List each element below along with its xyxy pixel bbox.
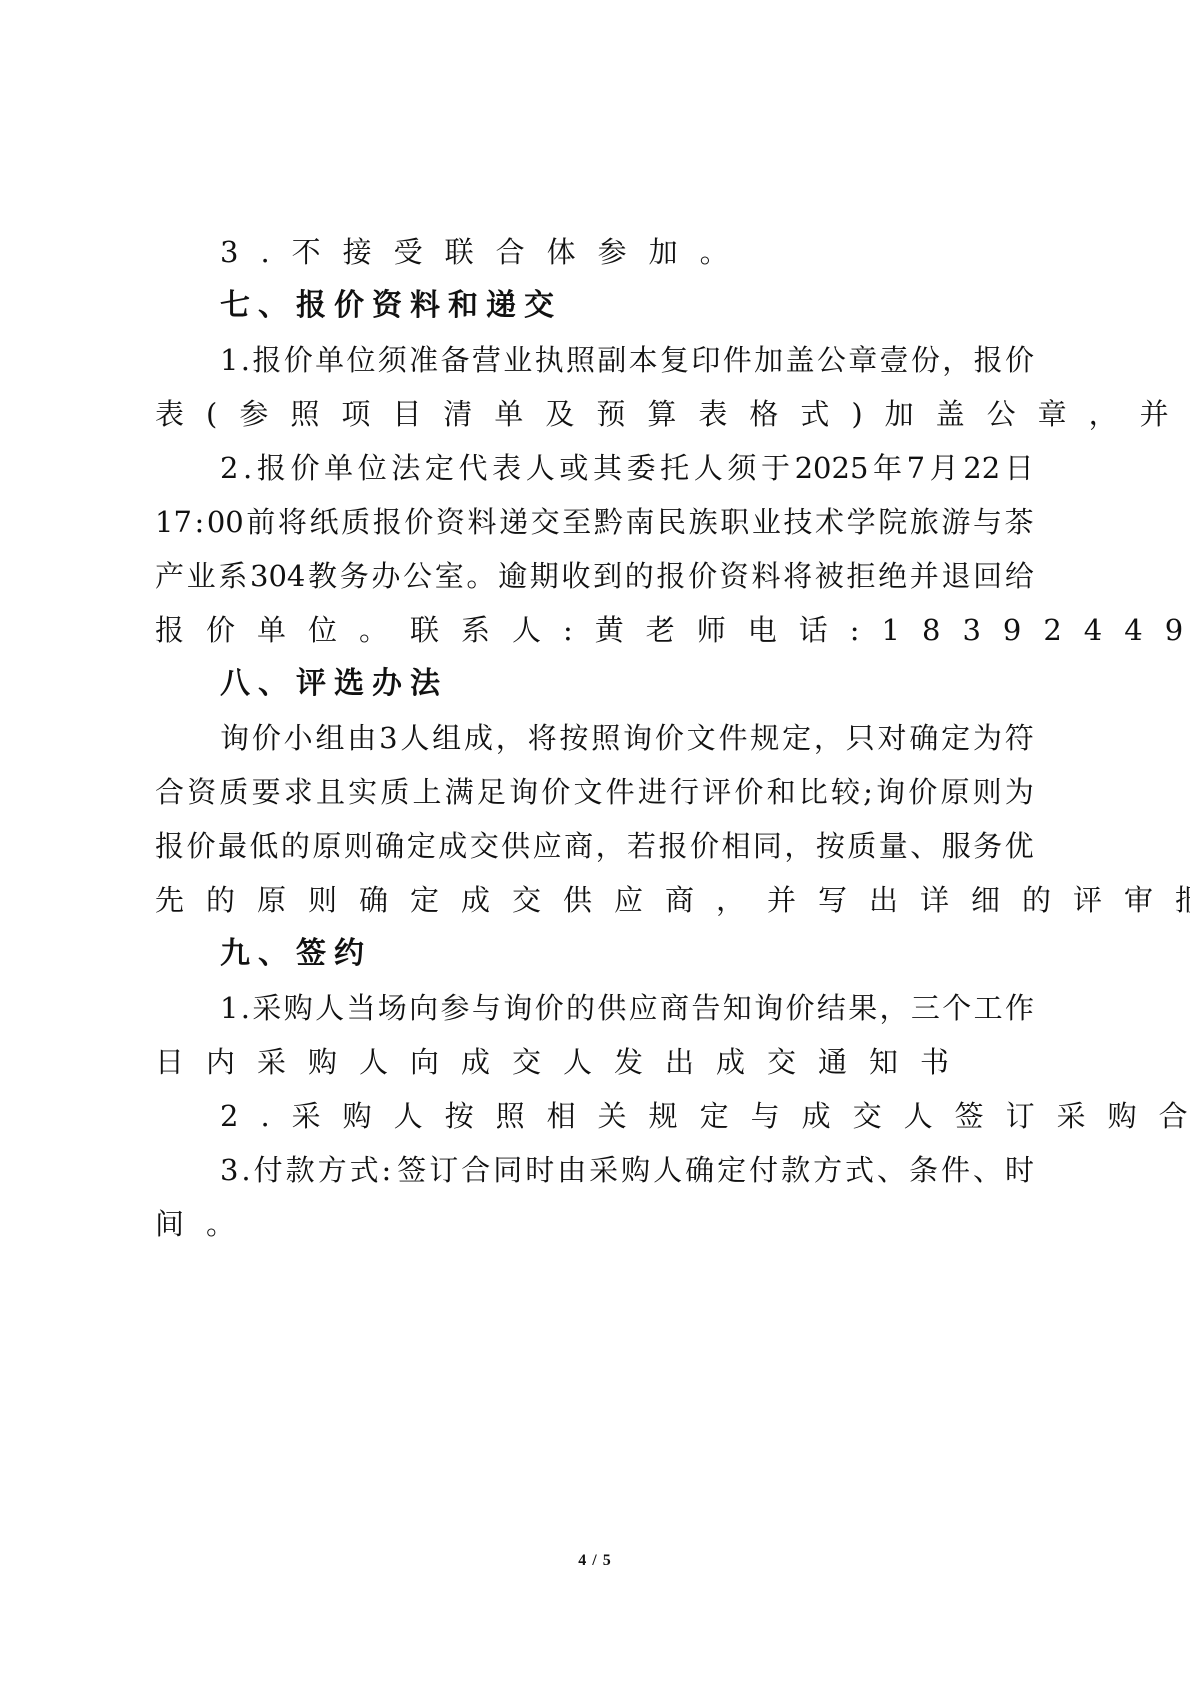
paragraph-line: 2.报价单位法定代表人或其委托人须于2025年7月22日 <box>220 441 1034 495</box>
paragraph-line: 产业系304教务办公室。逾期收到的报价资料将被拒绝并退回给 <box>155 549 1034 603</box>
paragraph-line: 报价单位。联系人:黄老师电话:18392449799 <box>155 603 1034 657</box>
paragraph-line: 17:00前将纸质报价资料递交至黔南民族职业技术学院旅游与茶 <box>155 495 1034 549</box>
section-heading: 九、签约 <box>220 927 1034 981</box>
paragraph-line: 先的原则确定成交供应商，并写出详细的评审报告。 <box>155 873 1034 927</box>
paragraph-line: 间。 <box>155 1197 1034 1251</box>
section-heading: 八、评选办法 <box>220 657 1034 711</box>
document-page: 3.不接受联合体参加。七、报价资料和递交1.报价单位须准备营业执照副本复印件加盖… <box>0 0 1190 1682</box>
paragraph-line: 报价最低的原则确定成交供应商，若报价相同，按质量、服务优 <box>155 819 1034 873</box>
section-heading: 七、报价资料和递交 <box>220 279 1034 333</box>
paragraph-line: 3.付款方式: 签订合同时由采购人确定付款方式、条件、时 <box>220 1143 1034 1197</box>
page-number: 4 / 5 <box>0 1552 1190 1570</box>
paragraph-line: 合资质要求且实质上满足询价文件进行评价和比较;询价原则为 <box>155 765 1034 819</box>
paragraph-line: 1.报价单位须准备营业执照副本复印件加盖公章壹份，报价 <box>220 333 1034 387</box>
paragraph-line: 2.采购人按照相关规定与成交人签订采购合同， <box>220 1089 1034 1143</box>
paragraph-line: 3.不接受联合体参加。 <box>220 225 1034 279</box>
paragraph-line: 1.采购人当场向参与询价的供应商告知询价结果，三个工作 <box>220 981 1034 1035</box>
paragraph-line: 询价小组由3人组成，将按照询价文件规定，只对确定为符 <box>220 711 1034 765</box>
paragraph-line: 日内采购人向成交人发出成交通知书 <box>155 1035 1034 1089</box>
paragraph-line: 表(参照项目清单及预算表格式)加盖公章，并封装加盖公章。 <box>155 387 1034 441</box>
